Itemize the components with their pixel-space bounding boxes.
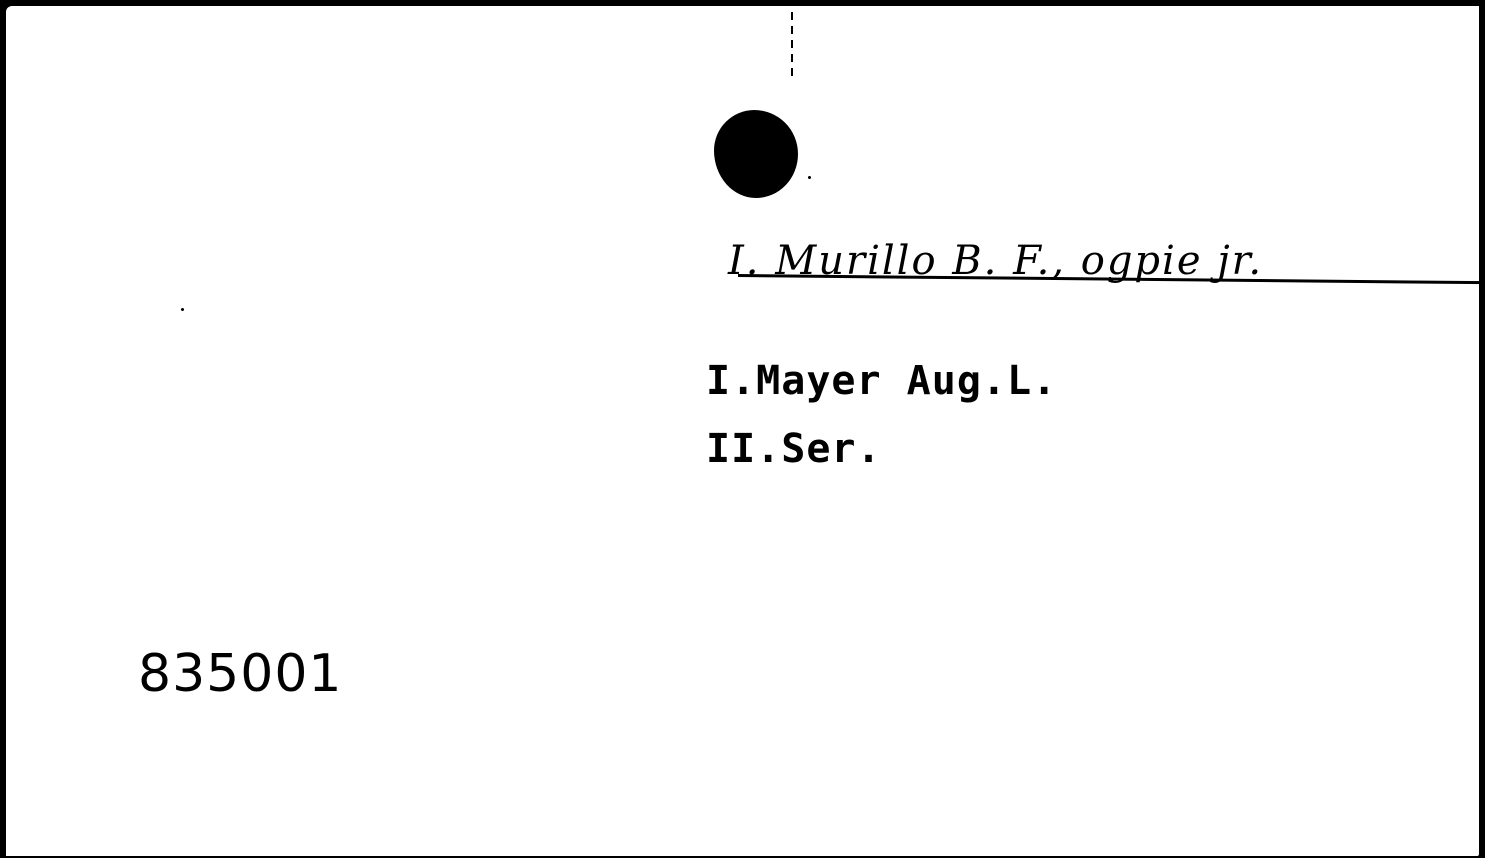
catalog-card: I. Murillo B. F., ogpie jr. I.Mayer Aug.… bbox=[6, 6, 1479, 856]
punch-hole bbox=[714, 110, 798, 198]
catalog-number: 835001 bbox=[138, 644, 343, 704]
speck bbox=[808, 176, 811, 179]
speck bbox=[181, 308, 184, 311]
card-crease-mark bbox=[791, 12, 793, 82]
typed-added-entry-series: II.Ser. bbox=[706, 426, 882, 472]
typed-added-entry-author: I.Mayer Aug.L. bbox=[706, 358, 1057, 404]
